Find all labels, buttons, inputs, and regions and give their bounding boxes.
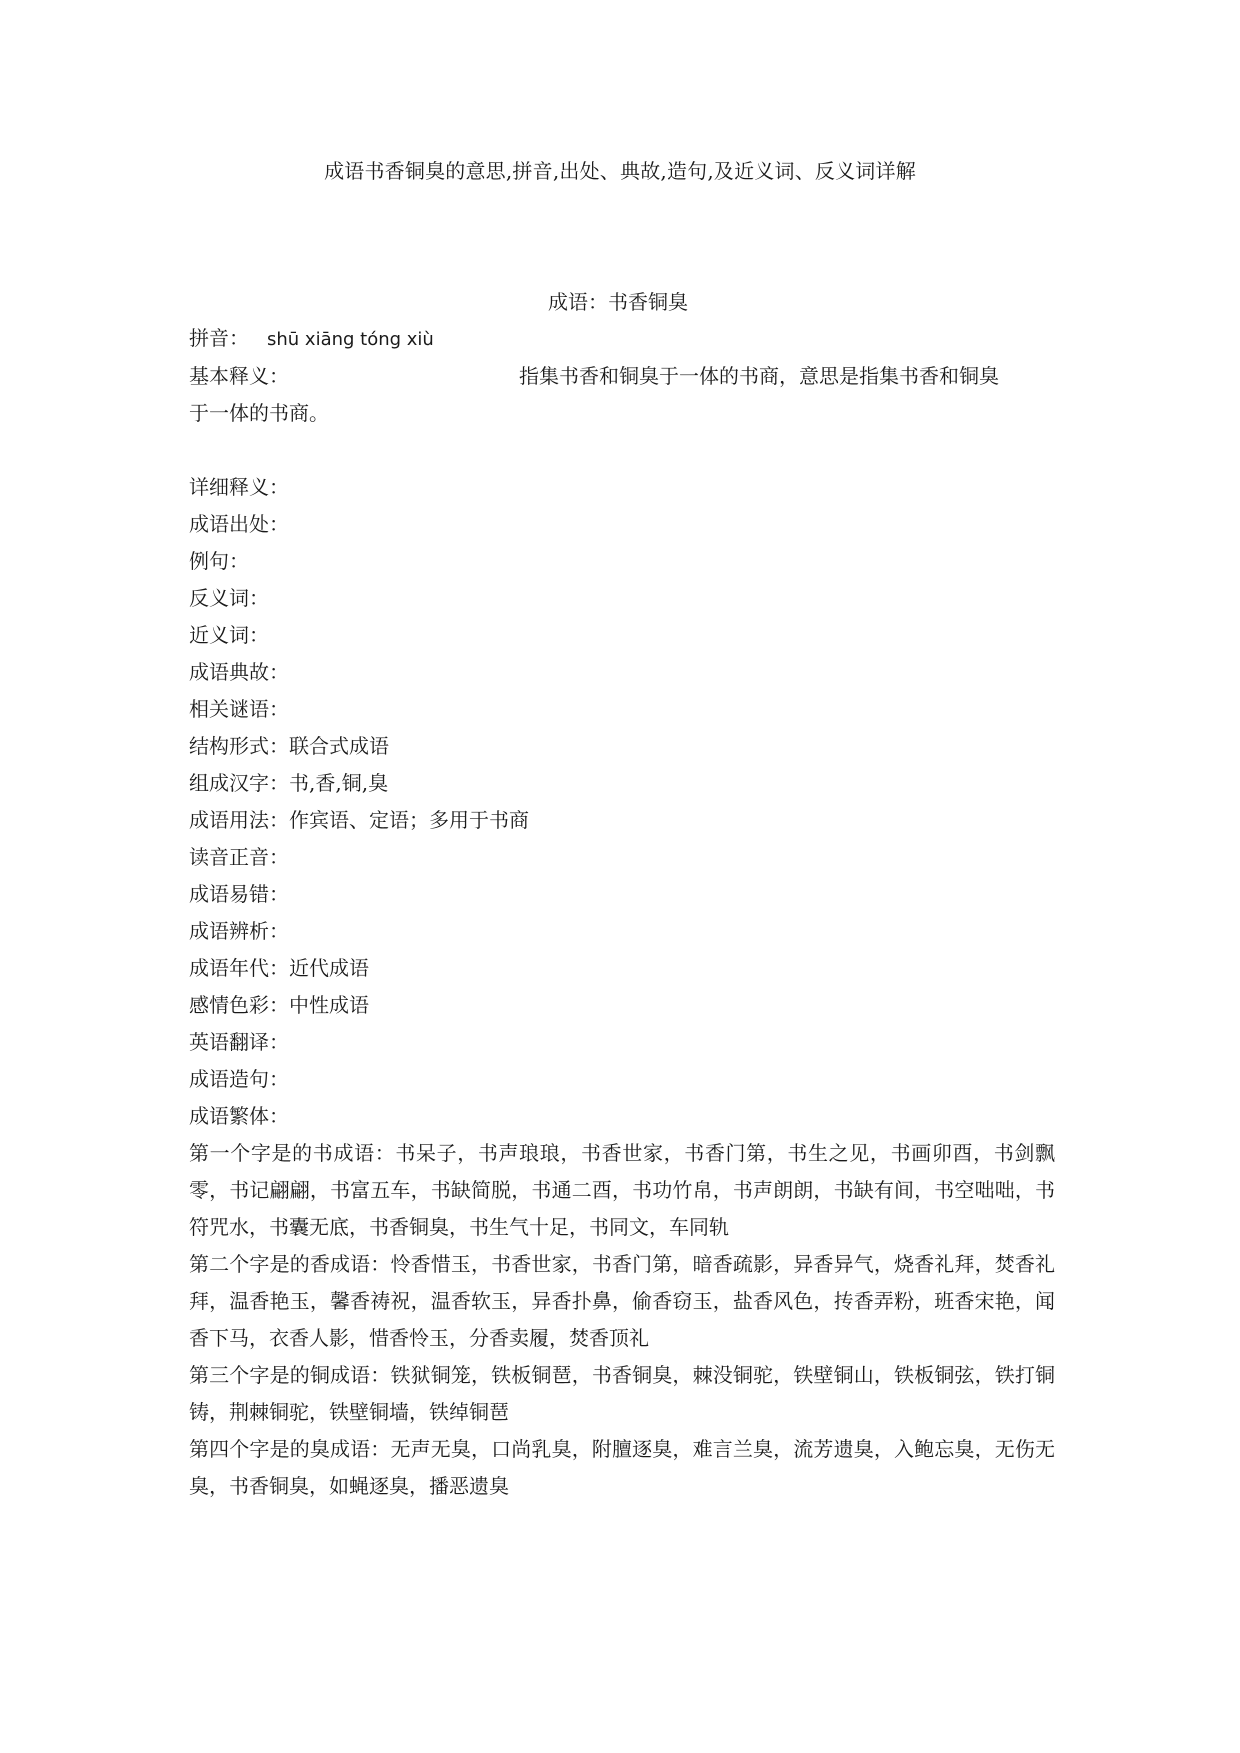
- field-label: 成语繁体：: [189, 1104, 289, 1128]
- field-label: 组成汉字：: [189, 771, 289, 795]
- field-label: 成语易错：: [189, 882, 289, 906]
- field-label: 成语造句：: [189, 1067, 289, 1091]
- field-row-english: 英语翻译：: [189, 1024, 1055, 1061]
- related-idioms-third-char: 第三个字是的铜成语：铁狱铜笼，铁板铜琶，书香铜臭，棘没铜驼，铁壁铜山，铁板铜弦，…: [189, 1357, 1055, 1431]
- field-row-sentiment: 感情色彩：中性成语: [189, 987, 1055, 1024]
- field-label: 结构形式：: [189, 734, 289, 758]
- field-value: 近代成语: [289, 956, 369, 980]
- field-row-example: 例句：: [189, 543, 1055, 580]
- spacer: [189, 432, 1055, 469]
- related-idioms-fourth-char: 第四个字是的臭成语：无声无臭，口尚乳臭，附膻逐臭，难言兰臭，流芳遗臭，入鲍忘臭，…: [189, 1431, 1055, 1505]
- field-label: 成语年代：: [189, 956, 289, 980]
- field-value: 中性成语: [289, 993, 369, 1017]
- related-idioms-first-char: 第一个字是的书成语：书呆子，书声琅琅，书香世家，书香门第，书生之见，书画卯酉，书…: [189, 1135, 1055, 1246]
- document-title: 成语书香铜臭的意思,拼音,出处、典故,造句,及近义词、反义词详解: [0, 156, 1240, 186]
- field-row-detailed-meaning: 详细释义：: [189, 469, 1055, 506]
- basic-meaning-row: 基本释义：指集书香和铜臭于一体的书商，意思是指集书香和铜臭 于一体的书商。: [189, 358, 1055, 432]
- field-row-riddle: 相关谜语：: [189, 691, 1055, 728]
- pinyin-label: 拼音：: [189, 326, 249, 350]
- field-label: 反义词：: [189, 586, 269, 610]
- field-label: 英语翻译：: [189, 1030, 289, 1054]
- field-row-analysis: 成语辨析：: [189, 913, 1055, 950]
- basic-meaning-label: 基本释义：: [189, 358, 519, 395]
- field-row-structure: 结构形式：联合式成语: [189, 728, 1055, 765]
- basic-meaning-value-line1: 指集书香和铜臭于一体的书商，意思是指集书香和铜臭: [519, 364, 999, 388]
- related-label: 第一个字是的书成语：: [189, 1141, 395, 1165]
- document-body: 成语：书香铜臭 拼音：shū xiāng tóng xiù 基本释义：指集书香和…: [189, 284, 1055, 1505]
- field-value: 联合式成语: [289, 734, 389, 758]
- field-row-story: 成语典故：: [189, 654, 1055, 691]
- related-label: 第二个字是的香成语：: [189, 1252, 390, 1276]
- field-row-source: 成语出处：: [189, 506, 1055, 543]
- field-row-antonym: 反义词：: [189, 580, 1055, 617]
- related-label: 第四个字是的臭成语：: [189, 1437, 390, 1461]
- field-row-characters: 组成汉字：书,香,铜,臭: [189, 765, 1055, 802]
- field-label: 相关谜语：: [189, 697, 289, 721]
- pinyin-value: shū xiāng tóng xiù: [267, 329, 434, 350]
- field-label: 读音正音：: [189, 845, 289, 869]
- document-page: 成语书香铜臭的意思,拼音,出处、典故,造句,及近义词、反义词详解 成语：书香铜臭…: [0, 0, 1240, 1753]
- field-label: 详细释义：: [189, 475, 289, 499]
- field-label: 成语典故：: [189, 660, 289, 684]
- field-label: 成语用法：: [189, 808, 289, 832]
- field-row-traditional: 成语繁体：: [189, 1098, 1055, 1135]
- field-label: 成语出处：: [189, 512, 289, 536]
- pinyin-row: 拼音：shū xiāng tóng xiù: [189, 320, 1055, 358]
- field-row-era: 成语年代：近代成语: [189, 950, 1055, 987]
- basic-meaning-value-line2: 于一体的书商。: [189, 395, 1055, 432]
- field-value: 作宾语、定语；多用于书商: [289, 808, 529, 832]
- field-row-usage: 成语用法：作宾语、定语；多用于书商: [189, 802, 1055, 839]
- field-row-common-errors: 成语易错：: [189, 876, 1055, 913]
- field-label: 成语辨析：: [189, 919, 289, 943]
- field-label: 例句：: [189, 549, 249, 573]
- field-row-synonym: 近义词：: [189, 617, 1055, 654]
- field-row-sentence: 成语造句：: [189, 1061, 1055, 1098]
- field-label: 感情色彩：: [189, 993, 289, 1017]
- related-idioms-second-char: 第二个字是的香成语：怜香惜玉，书香世家，书香门第，暗香疏影，异香异气，烧香礼拜，…: [189, 1246, 1055, 1357]
- field-value: 书,香,铜,臭: [289, 771, 388, 795]
- field-label: 近义词：: [189, 623, 269, 647]
- related-label: 第三个字是的铜成语：: [189, 1363, 390, 1387]
- field-row-pronunciation: 读音正音：: [189, 839, 1055, 876]
- idiom-heading: 成语：书香铜臭: [181, 284, 1055, 320]
